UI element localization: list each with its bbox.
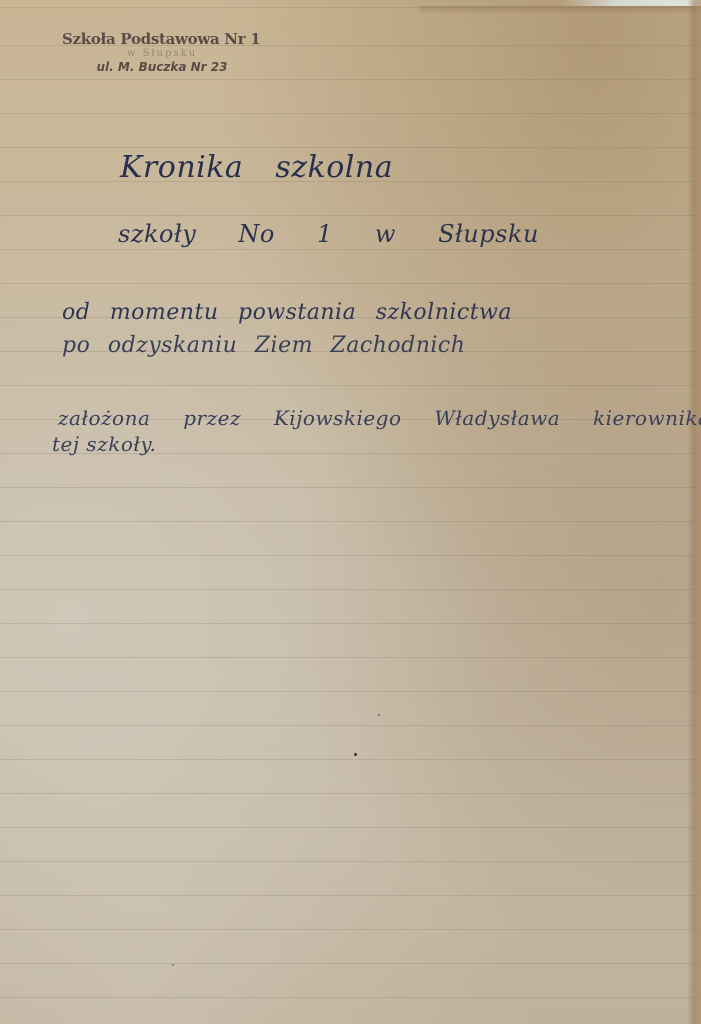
body-line-4: tej szkoły. — [52, 432, 156, 456]
body-line-1: od momentu powstania szkolnictwa — [62, 300, 512, 325]
stamp-city: w Słupsku — [62, 48, 262, 60]
page-stack-edge-top — [420, 6, 701, 14]
chronicle-subtitle: szkoły No 1 w Słupsku — [118, 220, 539, 248]
school-stamp: Szkoła Podstawowa Nr 1 w Słupsku ul. M. … — [62, 30, 262, 74]
ink-speck — [172, 964, 174, 966]
ink-speck — [354, 753, 357, 756]
stamp-school-name: Szkoła Podstawowa Nr 1 — [62, 30, 262, 48]
chronicle-title: Kronika szkolna — [120, 150, 393, 185]
ink-speck — [378, 714, 380, 716]
body-line-2: po odzyskaniu Ziem Zachodnich — [62, 333, 465, 358]
body-line-3: założona przez Kijowskiego Władysława ki… — [58, 406, 701, 430]
document-page: Szkoła Podstawowa Nr 1 w Słupsku ul. M. … — [0, 0, 701, 1024]
stamp-address: ul. M. Buczka Nr 23 — [62, 60, 262, 74]
page-stack-edge-right — [687, 0, 701, 1024]
